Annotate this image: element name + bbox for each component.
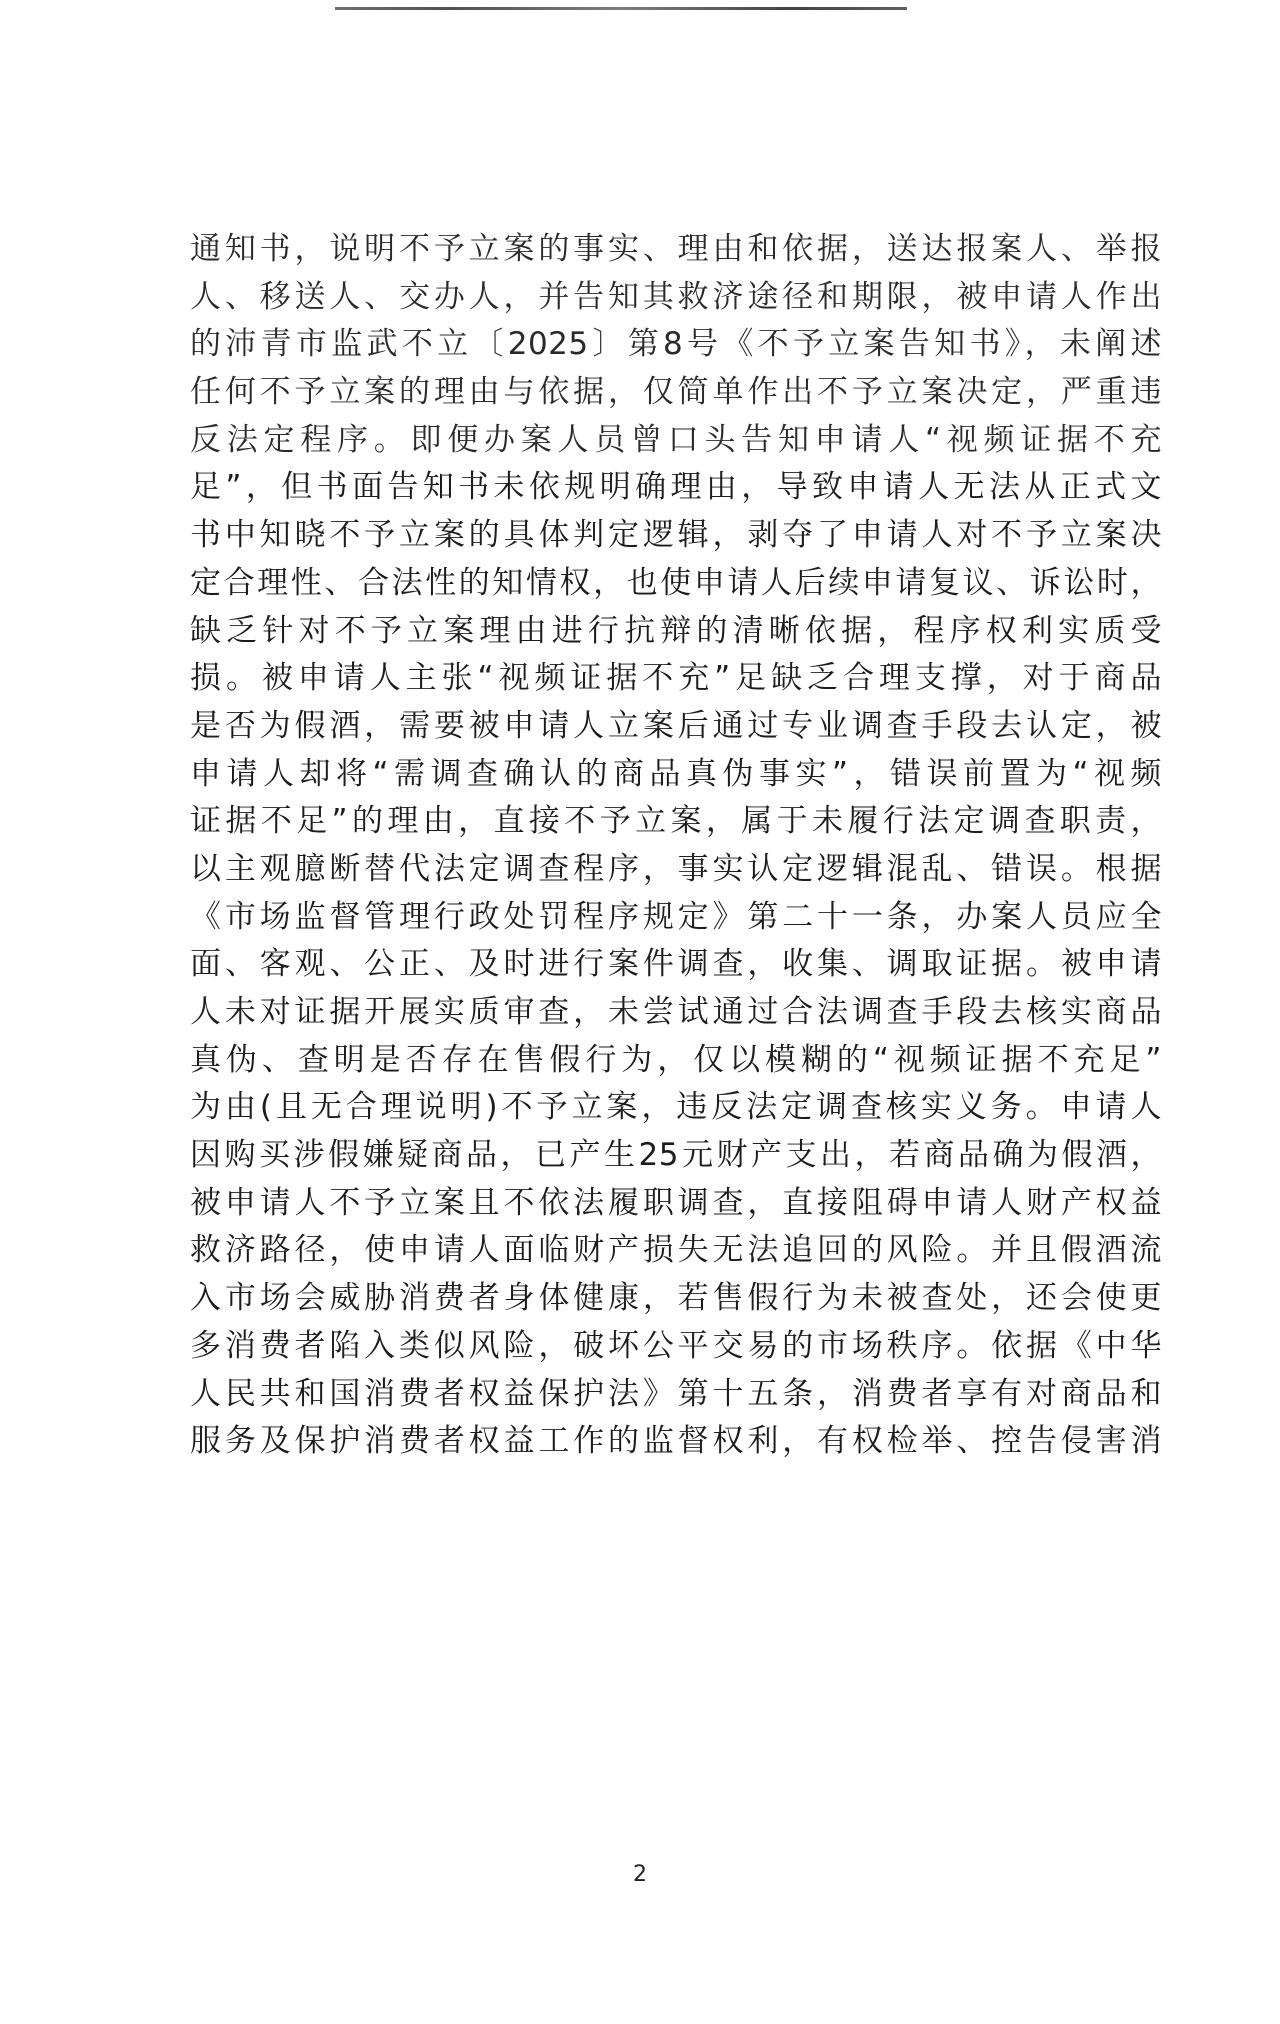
text-line: 救济路径，使申请人面临财产损失无法追回的风险。并且假酒流 bbox=[190, 1227, 1162, 1275]
text-line: 多消费者陷入类似风险，破坏公平交易的市场秩序。依据《中华 bbox=[190, 1323, 1162, 1371]
text-line: 以主观臆断替代法定调查程序，事实认定逻辑混乱、错误。根据 bbox=[190, 846, 1162, 894]
text-line: 《市场监督管理行政处罚程序规定》第二十一条，办案人员应全 bbox=[190, 894, 1162, 942]
text-line: 面、客观、公正、及时进行案件调查，收集、调取证据。被申请 bbox=[190, 941, 1162, 989]
text-line: 足”，但书面告知书未依规明确理由，导致申请人无法从正式文 bbox=[190, 464, 1162, 512]
text-line: 申请人却将“需调查确认的商品真伪事实”，错误前置为“视频 bbox=[190, 751, 1162, 799]
page-number: 2 bbox=[0, 1862, 1280, 1887]
text-line: 证据不足”的理由，直接不予立案，属于未履行法定调查职责， bbox=[190, 798, 1162, 846]
text-line: 是否为假酒，需要被申请人立案后通过专业调查手段去认定，被 bbox=[190, 703, 1162, 751]
text-line: 书中知晓不予立案的具体判定逻辑，剥夺了申请人对不予立案决 bbox=[190, 512, 1162, 560]
text-line: 被申请人不予立案且不依法履职调查，直接阻碍申请人财产权益 bbox=[190, 1180, 1162, 1228]
text-line: 损。被申请人主张“视频证据不充”足缺乏合理支撑，对于商品 bbox=[190, 655, 1162, 703]
text-line: 服务及保护消费者权益工作的监督权利，有权检举、控告侵害消 bbox=[190, 1418, 1162, 1466]
text-line: 定合理性、合法性的知情权，也使申请人后续申请复议、诉讼时， bbox=[190, 560, 1162, 608]
text-line: 为由(且无合理说明)不予立案，违反法定调查核实义务。申请人 bbox=[190, 1084, 1162, 1132]
header-rule bbox=[335, 7, 907, 10]
text-line: 入市场会威胁消费者身体健康，若售假行为未被查处，还会使更 bbox=[190, 1275, 1162, 1323]
text-line: 反法定程序。即便办案人员曾口头告知申请人“视频证据不充 bbox=[190, 417, 1162, 465]
text-line: 因购买涉假嫌疑商品，已产生25元财产支出，若商品确为假酒， bbox=[190, 1132, 1162, 1180]
text-line: 人民共和国消费者权益保护法》第十五条，消费者享有对商品和 bbox=[190, 1371, 1162, 1419]
text-line: 人、移送人、交办人，并告知其救济途径和期限，被申请人作出 bbox=[190, 274, 1162, 322]
document-body: 通知书，说明不予立案的事实、理由和依据，送达报案人、举报 人、移送人、交办人，并… bbox=[190, 226, 1162, 1466]
text-line: 人未对证据开展实质审查，未尝试通过合法调查手段去核实商品 bbox=[190, 989, 1162, 1037]
text-line: 真伪、查明是否存在售假行为，仅以模糊的“视频证据不充足” bbox=[190, 1037, 1162, 1085]
text-line: 任何不予立案的理由与依据，仅简单作出不予立案决定，严重违 bbox=[190, 369, 1162, 417]
text-line: 通知书，说明不予立案的事实、理由和依据，送达报案人、举报 bbox=[190, 226, 1162, 274]
text-line: 缺乏针对不予立案理由进行抗辩的清晰依据，程序权利实质受 bbox=[190, 608, 1162, 656]
text-line: 的沛青市监武不立〔2025〕第8号《不予立案告知书》，未阐述 bbox=[190, 321, 1162, 369]
